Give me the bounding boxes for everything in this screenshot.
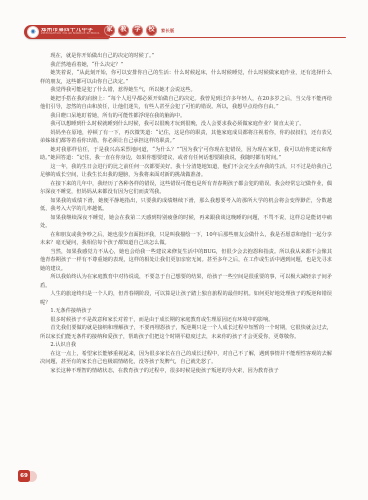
article-paragraph: 很多时候孩子不是故意和家长对着干，而是由于成长期的家庭教育或生理原因还有环境中的… (40, 316, 332, 325)
scanned-document-page: ◉ 郑州市第四十九中学 ZHENGZHOU NO.49 MIDDLE SCHOO… (0, 0, 368, 500)
article-paragraph: 现在，就是你开始做出自己的决定的时候了。” (40, 52, 332, 61)
article-paragraph: 家长这种不理智的情绪状态，在教育孩子的过程中，很多时候是使孩子叛逆的导火索，因为… (40, 367, 332, 376)
article-paragraph: 在这一点上，希望家长能够重视起来，因为很多家长在自己的成长过程中，对自己不了解，… (40, 350, 332, 367)
column-title-badges: 家教学校 家长版 (104, 25, 174, 36)
article-paragraph: 人生的旅途终归是一个人的，但青春期阶段，可以算是让孩子踏上独自旅程的最佳时机。如… (40, 290, 332, 307)
article-paragraph: 妈妈坐在原地，停顿了有一下，再次微笑道：“记住，这是你的职责，其他家庭成员都将注… (40, 129, 332, 146)
column-title-badge: 校 (146, 25, 157, 36)
article-paragraph: 我可以想睡到什么时候就睡到什么时候，我可以很晚才玩到很晚，没人会要求我必须做家庭… (40, 120, 332, 129)
article-paragraph: 我目瞪口呆地盯着她，所有的可能性都浮现在我的脑海中。 (40, 112, 332, 121)
article-paragraph: 如果我继续深夜不睡觉，她会在我第二天感到特别疲惫的时候，再来跟我谈这晚睡的问题，… (40, 214, 332, 231)
article-paragraph: 她笑着说，“从此刻开始，你可以安排你自己的生活：什么时候起床，什么时候睡觉，什么… (40, 69, 332, 86)
column-edition-label: 家长版 (161, 28, 174, 34)
column-title-badge: 教 (118, 25, 129, 36)
article-subheading: 1.无条件接纳孩子 (40, 307, 332, 316)
article-paragraph: 她对我那样信任，于是我兴高采烈地问道，“为什么？”“因为我宁可你现在犯错误，因为… (40, 146, 332, 163)
article-paragraph: 如果我的成绩下滑，她便平静地指出，只要我的成绩继续下滑，那么我想要考入的那所大学… (40, 197, 332, 214)
school-name-english: ZHENGZHOU NO.49 MIDDLE SCHOOL (41, 33, 100, 36)
page-header: ◉ 郑州市第四十九中学 ZHENGZHOU NO.49 MIDDLE SCHOO… (0, 24, 368, 42)
article-paragraph: 这一年，我的生日会进行的比之前任何一次都要美好。我十分清楚地知道，他们不会完全丢… (40, 163, 332, 180)
header-rule (88, 37, 346, 38)
column-title-badge: 学 (132, 25, 143, 36)
article-paragraph: 我觉得我可能是犯了什么错，惹得她生气，所以她才会说这些。 (40, 86, 332, 95)
school-logo-icon: ◉ (27, 26, 39, 38)
article-paragraph: 首先我们要做的就是接纳和理解孩子，不要再埋怨孩子，叛逆期只是一个人成长过程中短暂… (40, 324, 332, 341)
footer-page-number: 69 (18, 470, 42, 483)
article-paragraph: 当然，如果我感觉力不从心，她也会给我一些建议来修复生活中的BUG，但很少会去抱怨… (40, 248, 332, 274)
column-title-badge: 家 (104, 25, 115, 36)
article-subheading: 2.认识自我 (40, 341, 332, 350)
article-paragraph: 在接下来的几年中，我经历了各种各样的错误，这些错误可能也是所有青春期孩子都会犯的… (40, 180, 332, 197)
article-body: 现在，就是你开始做出自己的决定的时候了。”我茫然地看着她，“什么决定？”她笑着说… (40, 52, 332, 375)
badge-row: 家教学校 (104, 25, 157, 36)
article-paragraph: 我茫然地看着她，“什么决定？” (40, 61, 332, 70)
page-number-badge: 69 (18, 470, 30, 482)
article-paragraph: 在和朋友或我争吵之后，她也很少直面批评我，只是叫我描绘一下，10年后那些朋友会做… (40, 231, 332, 248)
article-paragraph: 所以我始终认为在家庭教育中对待说谎，不要急于自己想要的结果，给孩子一些空间是很重… (40, 273, 332, 290)
article-paragraph: 她把手搭在我的肩膀上：“每个人迟早都必须开始做自己的决定。我曾见到过许多年轻人，… (40, 95, 332, 112)
